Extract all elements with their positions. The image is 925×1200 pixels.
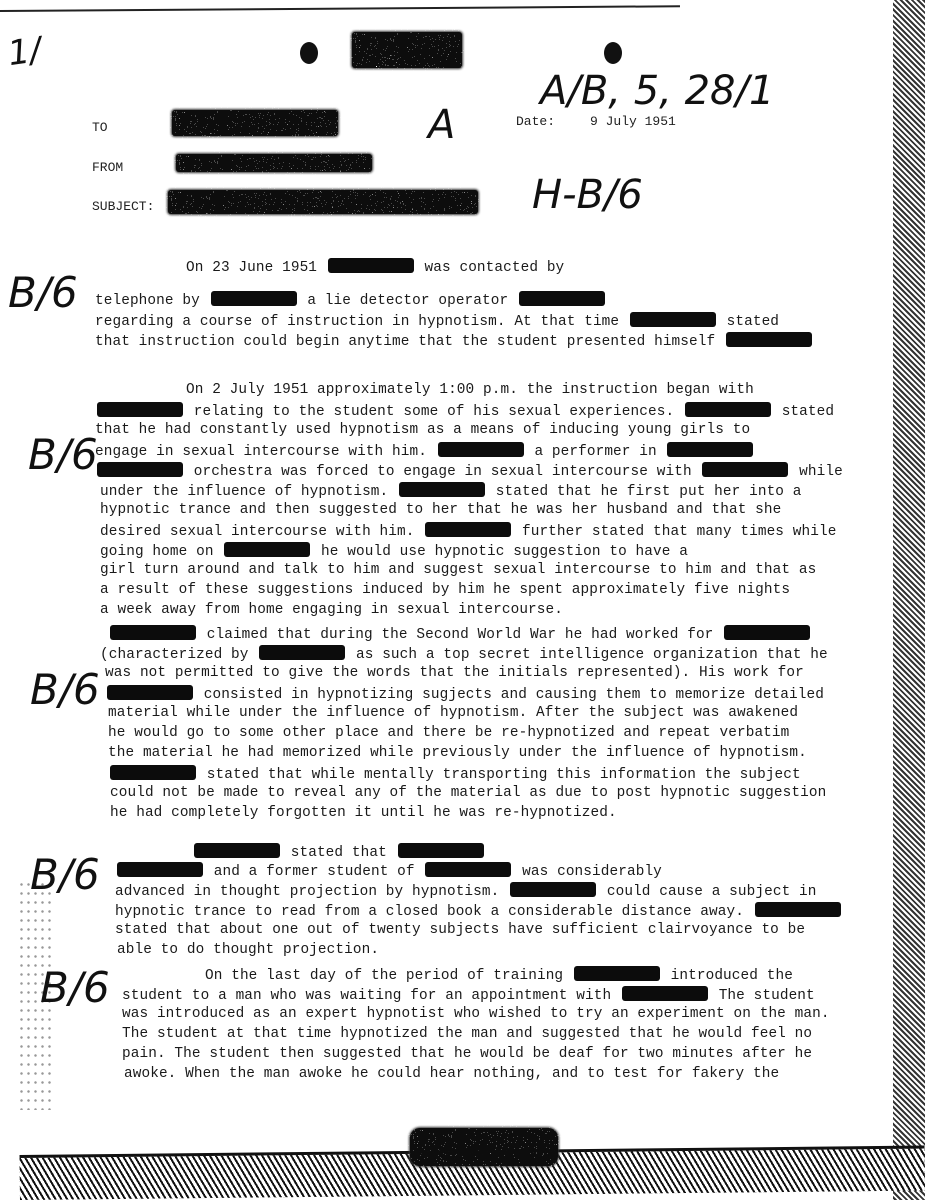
inline-redaction <box>724 625 810 640</box>
p3-line-3: was not permitted to give the words that… <box>105 665 804 681</box>
p3-line-10: he had completely forgotten it until he … <box>110 805 617 821</box>
p5-line-4: The student at that time hypnotized the … <box>122 1026 812 1042</box>
p3-line-6: he would go to some other place and ther… <box>108 725 789 741</box>
inline-redaction <box>425 862 511 877</box>
seal-icon <box>300 42 318 64</box>
p2-line-10: girl turn around and talk to him and sug… <box>100 562 816 578</box>
p3-line-9: could not be made to reveal any of the m… <box>110 785 826 801</box>
inline-redaction <box>755 902 841 917</box>
from-value-redaction <box>176 154 372 172</box>
subject-value-redaction <box>168 190 478 214</box>
p4-line-4: hypnotic trance to read from a closed bo… <box>115 902 843 920</box>
inline-redaction <box>328 258 414 273</box>
p3-line-1: claimed that during the Second World War… <box>108 625 812 643</box>
inline-redaction <box>117 862 203 877</box>
p3-line-7: the material he had memorized while prev… <box>108 745 807 761</box>
p2-line-2: relating to the student some of his sexu… <box>95 402 834 420</box>
inline-redaction <box>211 291 297 306</box>
date-label: Date: <box>516 114 555 129</box>
handwritten-to-mark: A <box>428 102 455 148</box>
p5-line-6: awoke. When the man awoke he could hear … <box>124 1066 779 1082</box>
subject-label: SUBJECT: <box>92 199 154 214</box>
inline-redaction <box>726 332 812 347</box>
p2-line-7: hypnotic trance and then suggested to he… <box>100 502 781 518</box>
inline-redaction <box>574 966 660 981</box>
p2-line-1: On 2 July 1951 approximately 1:00 p.m. t… <box>186 382 754 398</box>
margin-mark-3: B/6 <box>30 665 100 714</box>
inline-redaction <box>97 462 183 477</box>
inline-redaction <box>510 882 596 897</box>
p4-line-1: stated that <box>192 843 486 861</box>
margin-mark-5: B/6 <box>40 963 110 1012</box>
inline-redaction <box>622 986 708 1001</box>
inline-redaction <box>702 462 788 477</box>
inline-redaction <box>110 625 196 640</box>
inline-redaction <box>399 482 485 497</box>
footer-redaction <box>410 1128 558 1166</box>
inline-redaction <box>259 645 345 660</box>
handwritten-subject-mark: H-B/6 <box>532 172 643 218</box>
inline-redaction <box>107 685 193 700</box>
p4-line-2: and a former student of was considerably <box>115 862 662 880</box>
from-label: FROM <box>92 160 123 175</box>
p2-line-3: that he had constantly used hypnotism as… <box>95 422 750 438</box>
handwritten-file-ref: A/B, 5, 28/1 <box>540 68 774 114</box>
inline-redaction <box>194 843 280 858</box>
handwritten-top-left-mark: 1/ <box>5 30 43 74</box>
p3-line-2: (characterized by as such a top secret i… <box>100 645 828 663</box>
p3-line-8: stated that while mentally transporting … <box>108 765 801 783</box>
seal-icon <box>604 42 622 64</box>
inline-redaction <box>685 402 771 417</box>
inline-redaction <box>398 843 484 858</box>
p3-line-5: material while under the influence of hy… <box>108 705 798 721</box>
p2-line-9: going home on he would use hypnotic sugg… <box>100 542 688 560</box>
inline-redaction <box>425 522 511 537</box>
p4-line-5: stated that about one out of twenty subj… <box>115 922 805 938</box>
inline-redaction <box>667 442 753 457</box>
p2-line-6: under the influence of hypnotism. stated… <box>100 482 802 500</box>
p2-line-8: desired sexual intercourse with him. fur… <box>100 522 836 540</box>
margin-mark-4: B/6 <box>30 850 100 899</box>
margin-mark-1: B/6 <box>8 268 78 317</box>
p2-line-4: engage in sexual intercourse with him. a… <box>95 442 755 460</box>
p2-line-12: a week away from home engaging in sexual… <box>100 602 563 618</box>
inline-redaction <box>630 312 716 327</box>
p4-line-6: able to do thought projection. <box>117 942 379 958</box>
inline-redaction <box>97 402 183 417</box>
document-page: 1/ A/B, 5, 28/1 A H-B/6 B/6 B/6 B/6 B/6 … <box>0 0 925 1200</box>
p1-line-1: On 23 June 1951 was contacted by <box>186 258 564 276</box>
inline-redaction <box>519 291 605 306</box>
p1-line-2: telephone by a lie detector operator <box>95 291 607 309</box>
p4-line-3: advanced in thought projection by hypnot… <box>115 882 817 900</box>
inline-redaction <box>224 542 310 557</box>
p5-line-5: pain. The student then suggested that he… <box>122 1046 812 1062</box>
p1-line-3: regarding a course of instruction in hyp… <box>95 312 779 330</box>
scan-border-right <box>883 0 925 1200</box>
redaction-block <box>352 32 462 68</box>
to-label: TO <box>92 120 108 135</box>
page-top-edge <box>0 5 680 12</box>
p3-line-4: consisted in hypnotizing sugjects and ca… <box>105 685 824 703</box>
inline-redaction <box>438 442 524 457</box>
p2-line-11: a result of these suggestions induced by… <box>100 582 790 598</box>
to-value-redaction <box>172 110 338 136</box>
p1-line-4: that instruction could begin anytime tha… <box>95 332 814 350</box>
p5-line-2: student to a man who was waiting for an … <box>122 986 815 1004</box>
date-value: 9 July 1951 <box>590 114 676 129</box>
margin-mark-2: B/6 <box>28 430 98 479</box>
inline-redaction <box>110 765 196 780</box>
p5-line-3: was introduced as an expert hypnotist wh… <box>122 1006 830 1022</box>
p5-line-1: On the last day of the period of trainin… <box>205 966 793 984</box>
p2-line-5: orchestra was forced to engage in sexual… <box>95 462 843 480</box>
